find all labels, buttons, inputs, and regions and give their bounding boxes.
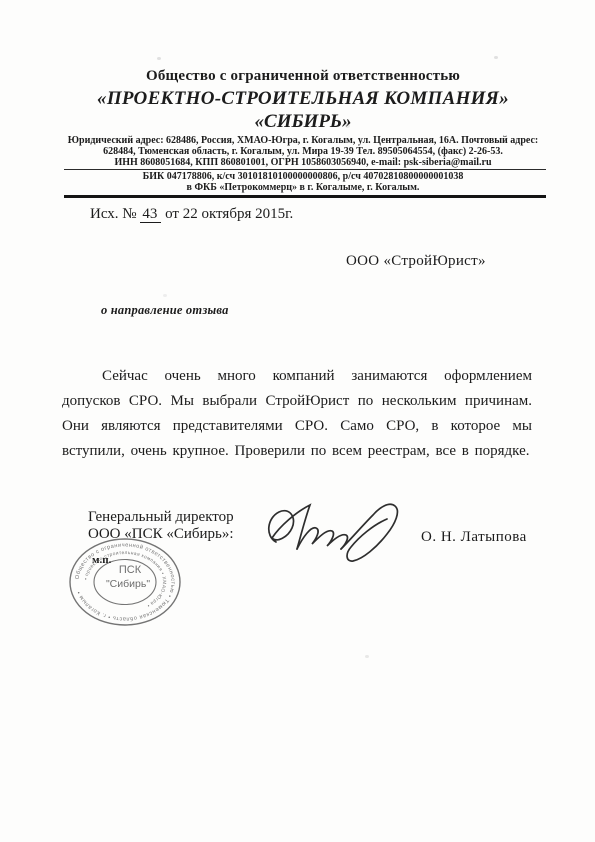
org-name-line1: «ПРОЕКТНО-СТРОИТЕЛЬНАЯ КОМПАНИЯ» [60, 88, 546, 110]
letter-page: Общество с ограниченной ответственностью… [0, 0, 595, 842]
scan-speck [494, 56, 498, 59]
address-line-3: ИНН 8608051684, КПП 860801001, ОГРН 1058… [60, 158, 546, 169]
address-line-2: 628484, Тюменская область, г. Когалым, у… [60, 147, 546, 158]
bank-line-2: в ФКБ «Петрокоммерц» в г. Когалыме, г. К… [60, 183, 546, 194]
reference-prefix: Исх. № [90, 206, 137, 222]
signature-title-line1: Генеральный директор [88, 509, 234, 526]
subject-line: о направление отзыва [101, 303, 229, 318]
letterhead-divider-thick [64, 195, 546, 198]
reference-number: 43 [140, 206, 161, 223]
org-type: Общество с ограниченной ответственностью [60, 68, 546, 85]
letterhead: Общество с ограниченной ответственностью… [60, 68, 546, 194]
scan-speck [365, 655, 369, 658]
letterhead-divider-thin [64, 169, 546, 170]
seal-mark-label: м.п. [92, 554, 111, 566]
company-stamp: Общество с ограниченной ответственностью… [62, 532, 188, 632]
org-name-line2: «СИБИРЬ» [60, 111, 546, 133]
reference-date: от 22 октября 2015г. [165, 206, 293, 222]
stamp-center-line1: ПСК [119, 564, 142, 576]
signer-name: О. Н. Латыпова [421, 529, 527, 546]
stamp-center-line2: "Сибирь" [106, 578, 150, 590]
body-paragraph: Сейчас очень много компаний занимаются о… [62, 364, 532, 464]
handwritten-signature [260, 492, 415, 570]
scan-speck [345, 124, 350, 128]
scan-speck [163, 294, 167, 297]
reference-line: Исх. № 43 от 22 октября 2015г. [90, 206, 293, 223]
recipient: ООО «СтройЮрист» [346, 253, 486, 270]
scan-speck [157, 57, 161, 60]
